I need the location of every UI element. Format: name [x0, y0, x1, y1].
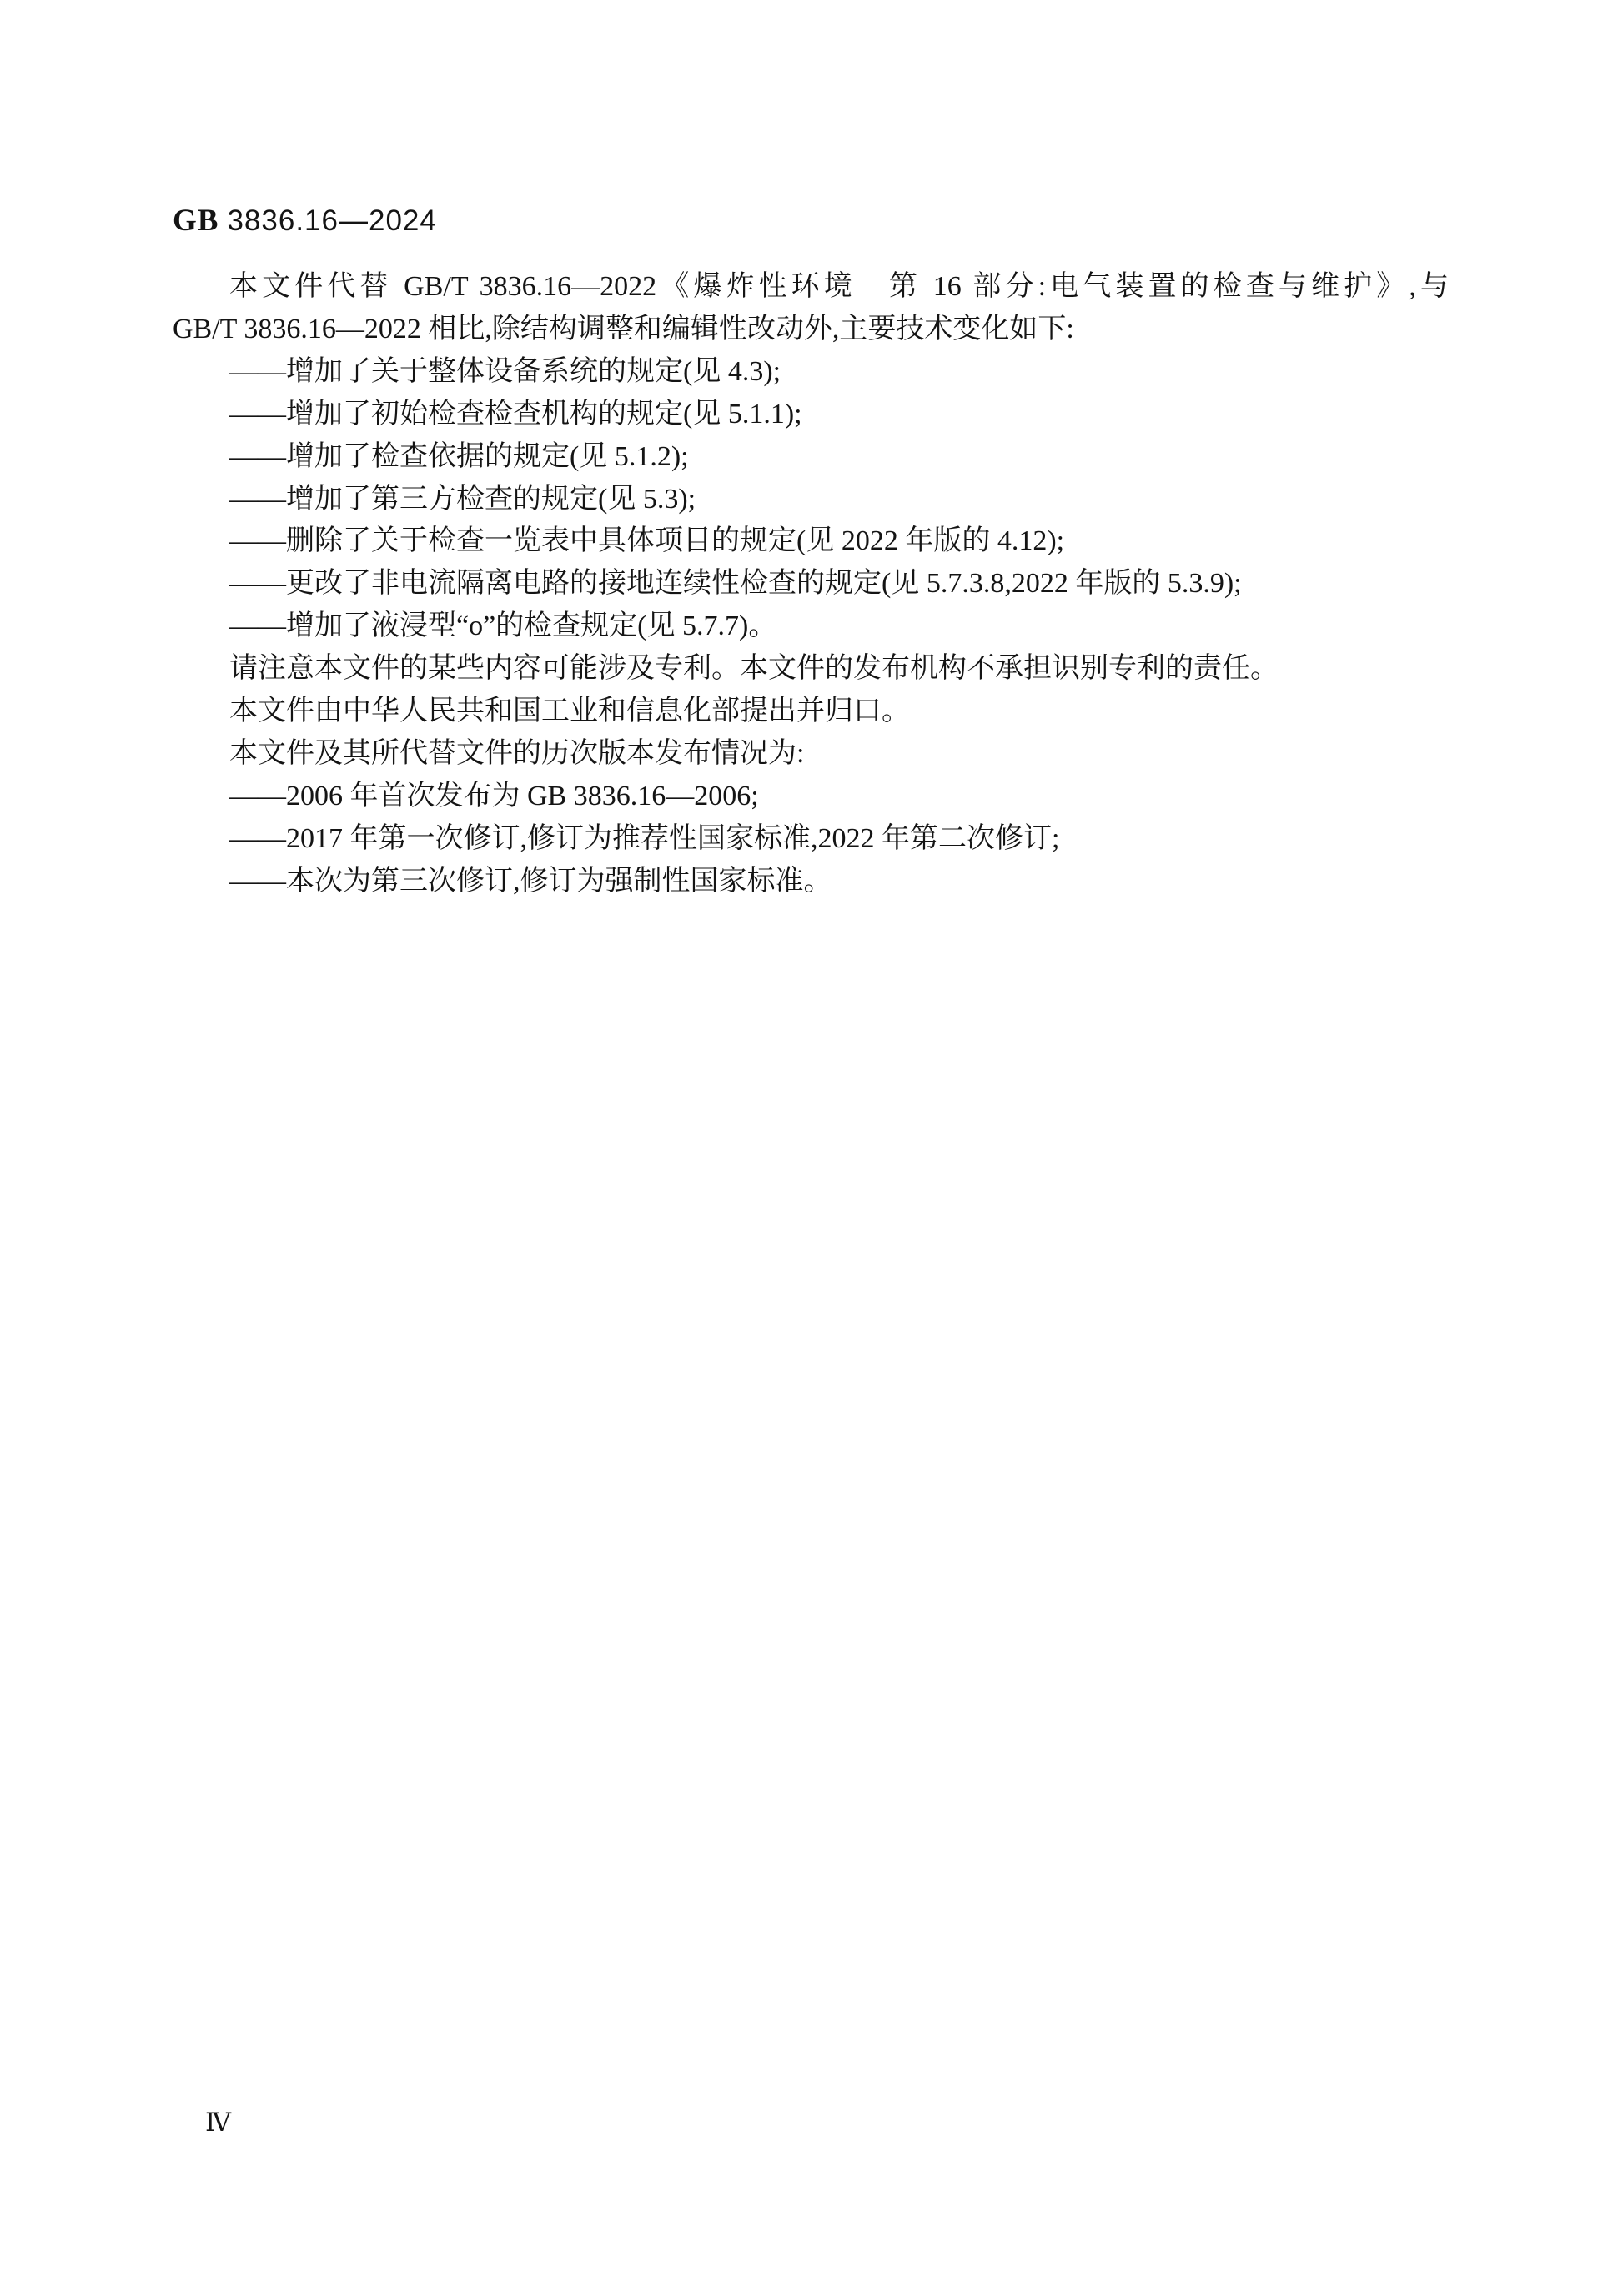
- text-line-3: ——增加了关于整体设备系统的规定(见 4.3);: [173, 351, 1449, 394]
- text-line-2: GB/T 3836.16—2022 相比,除结构调整和编辑性改动外,主要技术变化…: [173, 309, 1449, 351]
- text-line-1: 本文件代替 GB/T 3836.16—2022《爆炸性环境 第 16 部分:电气…: [173, 266, 1449, 309]
- text-line-6: ——增加了第三方检查的规定(见 5.3);: [173, 479, 1449, 521]
- text-line-14: ——2017 年第一次修订,修订为推荐性国家标准,2022 年第二次修订;: [173, 818, 1449, 861]
- text-line-13: ——2006 年首次发布为 GB 3836.16—2006;: [173, 776, 1449, 818]
- standard-code-number: 3836.16—2024: [227, 204, 436, 237]
- text-line-10: 请注意本文件的某些内容可能涉及专利。本文件的发布机构不承担识别专利的责任。: [173, 648, 1449, 691]
- text-line-7: ——删除了关于检查一览表中具体项目的规定(见 2022 年版的 4.12);: [173, 520, 1449, 563]
- text-line-11: 本文件由中华人民共和国工业和信息化部提出并归口。: [173, 691, 1449, 733]
- document-header: GB3836.16—2024: [173, 203, 437, 239]
- text-line-12: 本文件及其所代替文件的历次版本发布情况为:: [173, 733, 1449, 776]
- text-line-15: ——本次为第三次修订,修订为强制性国家标准。: [173, 861, 1449, 903]
- standard-code-prefix: GB: [173, 203, 219, 238]
- text-line-4: ——增加了初始检查检查机构的规定(见 5.1.1);: [173, 394, 1449, 436]
- text-line-5: ——增加了检查依据的规定(见 5.1.2);: [173, 436, 1449, 479]
- page-number: Ⅳ: [205, 2108, 231, 2138]
- text-line-8: ——更改了非电流隔离电路的接地连续性检查的规定(见 5.7.3.8,2022 年…: [173, 563, 1449, 605]
- document-page: GB3836.16—2024 本文件代替 GB/T 3836.16—2022《爆…: [0, 0, 1623, 2296]
- text-line-9: ——增加了液浸型“o”的检查规定(见 5.7.7)。: [173, 605, 1449, 648]
- foreword-text-block: 本文件代替 GB/T 3836.16—2022《爆炸性环境 第 16 部分:电气…: [173, 266, 1449, 903]
